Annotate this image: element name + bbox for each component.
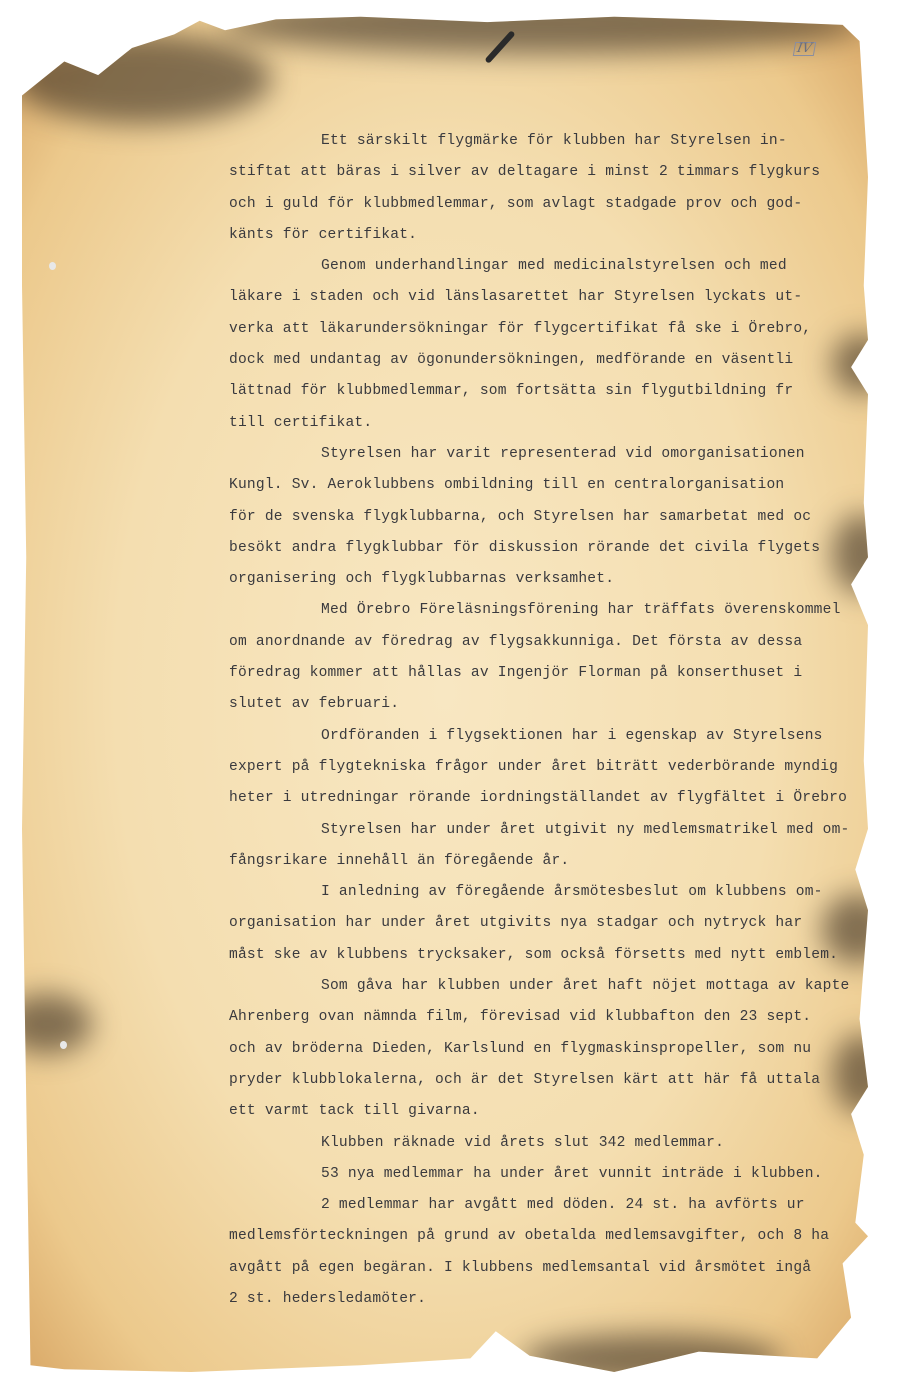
text-line: måst ske av klubbens trycksaker, som ock… <box>229 940 869 971</box>
text-line: Ahrenberg ovan nämnda film, förevisad vi… <box>229 1002 869 1033</box>
text-line: och i guld för klubbmedlemmar, som avlag… <box>229 189 869 220</box>
burn-mark <box>12 34 272 124</box>
text-line: organisering och flygklubbarnas verksamh… <box>229 564 869 595</box>
burn-mark <box>2 994 92 1054</box>
text-line: Styrelsen har under året utgivit ny medl… <box>229 815 869 846</box>
text-line: till certifikat. <box>229 408 869 439</box>
text-line: Styrelsen har varit representerad vid om… <box>229 439 869 470</box>
text-line: I anledning av föregående årsmötesbeslut… <box>229 877 869 908</box>
text-line: heter i utredningar rörande iordningstäl… <box>229 783 869 814</box>
text-line: om anordnande av föredrag av flygsakkunn… <box>229 627 869 658</box>
text-line: läkare i staden och vid länslasarettet h… <box>229 282 869 313</box>
text-line: organisation har under året utgivits nya… <box>229 908 869 939</box>
text-line: Ordföranden i flygsektionen har i egensk… <box>229 721 869 752</box>
text-line: ett varmt tack till givarna. <box>229 1096 869 1127</box>
text-line: föredrag kommer att hållas av Ingenjör F… <box>229 658 869 689</box>
text-line: Med Örebro Föreläsningsförening har träf… <box>229 595 869 626</box>
text-line: stiftat att bäras i silver av deltagare … <box>229 157 869 188</box>
punch-hole <box>60 1041 67 1049</box>
text-line: Kungl. Sv. Aeroklubbens ombildning till … <box>229 470 869 501</box>
text-line: slutet av februari. <box>229 689 869 720</box>
text-line: 2 st. hedersledamöter. <box>229 1284 869 1315</box>
text-line: dock med undantag av ögonundersökningen,… <box>229 345 869 376</box>
burn-mark <box>222 0 862 54</box>
text-line: lättnad för klubbmedlemmar, som fortsätt… <box>229 376 869 407</box>
text-line: medlemsförteckningen på grund av obetald… <box>229 1221 869 1252</box>
text-line: och av bröderna Dieden, Karlslund en fly… <box>229 1034 869 1065</box>
typewritten-body: Ett särskilt flygmärke för klubben har S… <box>229 126 869 1315</box>
text-line: Klubben räknade vid årets slut 342 medle… <box>229 1128 869 1159</box>
text-line: 2 medlemmar har avgått med döden. 24 st.… <box>229 1190 869 1221</box>
text-line: avgått på egen begäran. I klubbens medle… <box>229 1253 869 1284</box>
text-line: känts för certifikat. <box>229 220 869 251</box>
text-line: Genom underhandlingar med medicinalstyre… <box>229 251 869 282</box>
text-line: 53 nya medlemmar ha under året vunnit in… <box>229 1159 869 1190</box>
text-line: Som gåva har klubben under året haft nöj… <box>229 971 869 1002</box>
text-line: pryder klubblokalerna, och är det Styrel… <box>229 1065 869 1096</box>
text-line: Ett särskilt flygmärke för klubben har S… <box>229 126 869 157</box>
text-line: för de svenska flygklubbarna, och Styrel… <box>229 502 869 533</box>
text-line: fångsrikare innehåll än föregående år. <box>229 846 869 877</box>
text-line: expert på flygtekniska frågor under året… <box>229 752 869 783</box>
text-line: verka att läkarundersökningar för flygce… <box>229 314 869 345</box>
burn-mark <box>522 1334 782 1384</box>
punch-hole <box>49 262 56 270</box>
text-line: besökt andra flygklubbar för diskussion … <box>229 533 869 564</box>
page-marker: IV <box>793 42 816 56</box>
